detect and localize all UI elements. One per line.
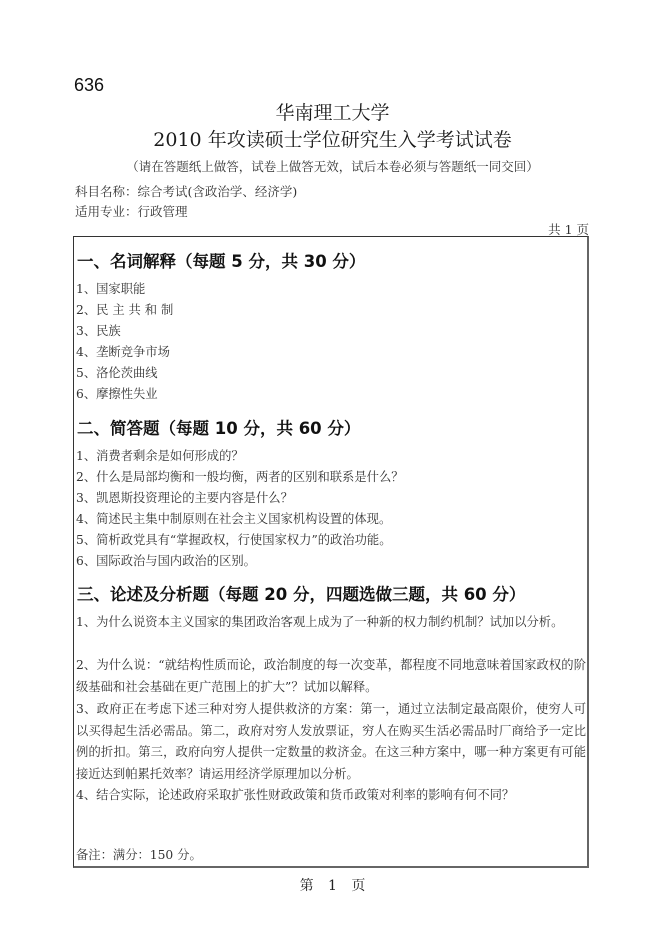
university-title: 华南理工大学 <box>0 98 665 125</box>
list-item: 3、民族 <box>76 321 121 341</box>
list-item: 1、国家职能 <box>76 279 145 299</box>
exam-code: 636 <box>74 75 104 96</box>
list-item: 6、国际政治与国内政治的区别。 <box>76 551 256 571</box>
list-item: 4、简述民主集中制原则在社会主义国家机构设置的体现。 <box>76 509 391 529</box>
list-item: 2、什么是局部均衡和一般均衡，两者的区别和联系是什么？ <box>76 467 404 487</box>
page-number: 第 1 页 <box>0 875 665 895</box>
exam-notice: （请在答题纸上做答，试卷上做答无效，试后本卷必须与答题纸一同交回） <box>0 157 665 175</box>
list-item: 2、民 主 共 和 制 <box>76 300 173 320</box>
question-box: 一、名词解释（每题 5 分，共 30 分） 1、国家职能 2、民 主 共 和 制… <box>73 236 589 868</box>
section-title-3: 三、论述及分析题（每题 20 分，四题选做三题，共 60 分） <box>77 581 525 605</box>
list-item: 4、结合实际，论述政府采取扩张性财政政策和货币政策对利率的影响有何不同？ <box>76 785 586 807</box>
list-item: 1、为什么说资本主义国家的集团政治客观上成为了一种新的权力制约机制？试加以分析。 <box>76 612 586 634</box>
list-item: 3、凯恩斯投资理论的主要内容是什么？ <box>76 488 293 508</box>
subject-label: 科目名称：综合考试(含政治学、经济学) <box>75 182 297 200</box>
list-item: 1、消费者剩余是如何形成的？ <box>76 446 244 466</box>
major-label: 适用专业：行政管理 <box>75 202 188 220</box>
list-item: 5、洛伦茨曲线 <box>76 363 158 383</box>
exam-title: 2010 年攻读硕士学位研究生入学考试试卷 <box>0 125 665 152</box>
list-item: 2、为什么说：“就结构性质而论，政治制度的每一次变革，都程度不同地意味着国家政权… <box>76 655 586 698</box>
remark: 备注：满分：150 分。 <box>76 845 202 863</box>
list-item: 4、垄断竞争市场 <box>76 342 170 362</box>
list-item: 5、简析政党具有“掌握政权，行使国家权力”的政治功能。 <box>76 530 392 550</box>
section-title-1: 一、名词解释（每题 5 分，共 30 分） <box>77 248 365 272</box>
list-item: 6、摩擦性失业 <box>76 384 158 404</box>
section-title-2: 二、简答题（每题 10 分，共 60 分） <box>77 415 360 439</box>
list-item: 3、政府正在考虑下述三种对穷人提供救济的方案：第一，通过立法制定最高限价，使穷人… <box>76 699 586 785</box>
